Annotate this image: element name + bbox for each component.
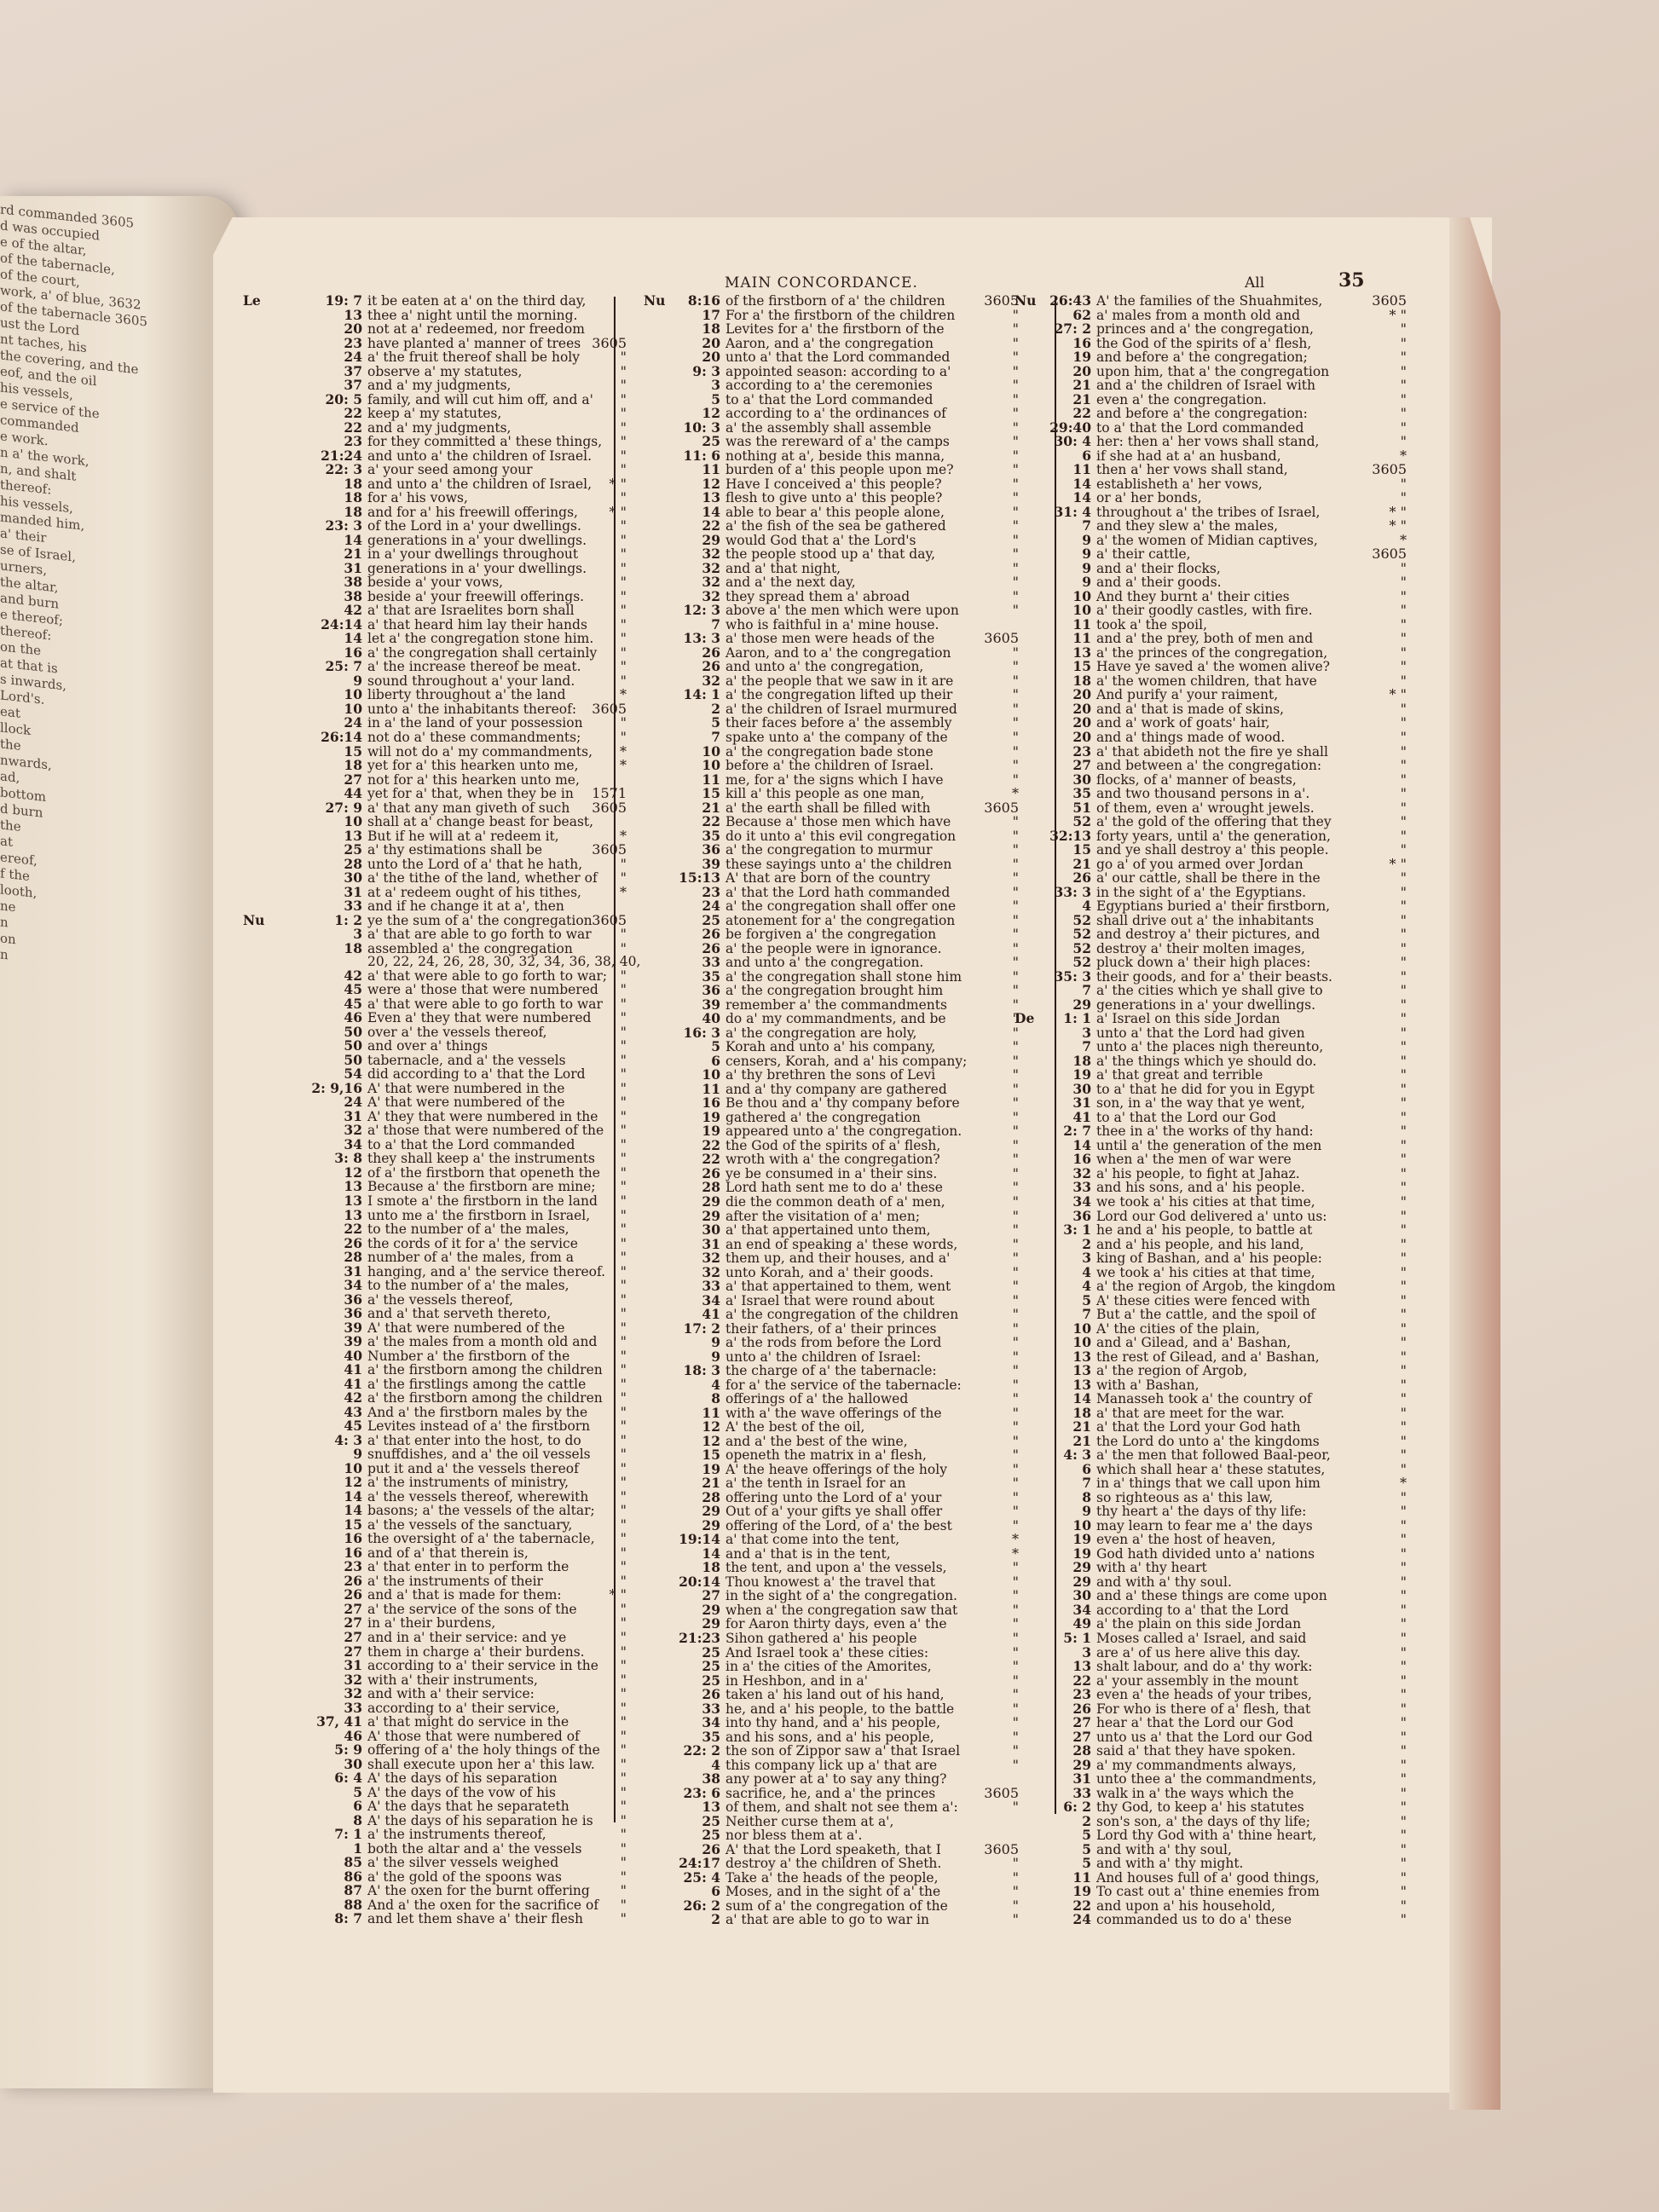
context-text: a' that abideth not the fire ye shall xyxy=(1096,744,1328,759)
verse-reference: 1 xyxy=(303,1842,367,1856)
strongs-number: " xyxy=(1401,871,1407,885)
context-text: in a' their burdens, xyxy=(367,1615,495,1631)
verse-reference: 2 xyxy=(661,1913,725,1926)
verse-reference: 45 xyxy=(303,1419,367,1433)
context-text: Because a' the firstborn are mine; xyxy=(367,1179,596,1194)
strongs-number: " xyxy=(1401,1603,1407,1617)
verse-reference: 31 xyxy=(303,886,367,899)
context-text: and a' their goods. xyxy=(1096,575,1222,590)
context-text: this company lick up a' that are xyxy=(725,1758,937,1773)
strongs-number: " xyxy=(621,1504,627,1517)
verse-reference: 86 xyxy=(303,1870,367,1884)
strongs-number: " xyxy=(621,1209,627,1222)
strongs-number: " xyxy=(1401,575,1407,589)
verse-reference: 30 xyxy=(303,1758,367,1771)
context-text: appeared unto a' the congregation. xyxy=(725,1123,962,1139)
verse-reference: 20 xyxy=(1032,702,1096,716)
strongs-number: " xyxy=(1401,1238,1407,1251)
context-text: a' the increase thereof be meat. xyxy=(367,659,581,674)
verse-reference: 42 xyxy=(303,604,367,617)
strongs-number: " xyxy=(1013,1167,1019,1181)
strongs-number: " xyxy=(1401,1533,1407,1546)
strongs-number: " xyxy=(621,942,627,956)
verse-reference: 26 xyxy=(303,1237,367,1250)
verse-reference: 19 xyxy=(661,1111,725,1124)
page-edge xyxy=(1449,217,1500,2110)
strongs-number: " xyxy=(621,927,627,941)
context-text: the charge of a' the tabernacle: xyxy=(725,1363,937,1378)
verse-reference: 42 xyxy=(303,1391,367,1405)
strongs-number: " xyxy=(1013,435,1019,448)
verse-reference: 45 xyxy=(303,983,367,996)
verse-reference: 15 xyxy=(1032,660,1096,673)
strongs-number: " xyxy=(621,1406,627,1419)
strongs-number: " xyxy=(1401,1181,1407,1194)
context-text: and a' that serveth thereto, xyxy=(367,1306,551,1321)
verse-reference: 26 xyxy=(1032,871,1096,885)
context-text: A' that were numbered of the xyxy=(367,1094,565,1110)
strongs-number: " xyxy=(1401,1210,1407,1223)
strongs-number: 1571 xyxy=(592,787,627,800)
context-text: a' those men were heads of the xyxy=(725,631,934,646)
verse-reference: 33 xyxy=(1032,1787,1096,1800)
strongs-number: " xyxy=(1013,1913,1019,1926)
verse-reference: 13 xyxy=(661,491,725,505)
strongs-number: " xyxy=(621,1025,627,1039)
context-text: and a' his people, and his land, xyxy=(1096,1237,1304,1252)
context-text: said a' that they have spoken. xyxy=(1096,1743,1296,1759)
context-text: offerings of a' the hallowed xyxy=(725,1391,908,1406)
context-text: observe a' my statutes, xyxy=(367,364,522,379)
context-text: a' the firstlings among the cattle xyxy=(367,1377,586,1392)
strongs-number: " xyxy=(621,1490,627,1504)
strongs-number: " xyxy=(1401,745,1407,759)
verse-reference: 36 xyxy=(661,843,725,857)
strongs-number: " xyxy=(1401,1448,1407,1462)
verse-reference: 32 xyxy=(303,1673,367,1687)
verse-reference: 33 xyxy=(1032,1181,1096,1194)
strongs-number: " xyxy=(1013,646,1019,660)
verse-reference: 25 xyxy=(661,435,725,448)
context-text: and ye shall destroy a' this people. xyxy=(1096,842,1329,858)
context-text: a' thy estimations shall be xyxy=(367,842,542,858)
context-text: nothing at a', beside this manna, xyxy=(725,448,945,464)
context-text: a' your assembly in the mount xyxy=(1096,1673,1298,1689)
verse-reference: 39 xyxy=(661,858,725,871)
strongs-number: " xyxy=(1013,1660,1019,1673)
context-text: A' the families of the Shuahmites, xyxy=(1096,293,1322,309)
strongs-number: " xyxy=(621,590,627,604)
strongs-number: * xyxy=(1012,1547,1019,1561)
verse-reference: 28 xyxy=(661,1181,725,1194)
verse-reference: 24:14 xyxy=(303,618,367,632)
verse-reference: 40 xyxy=(303,1349,367,1363)
verse-reference: 10 xyxy=(1032,1336,1096,1349)
verse-reference: 34 xyxy=(303,1279,367,1292)
verse-reference: 22 xyxy=(1032,407,1096,420)
context-text: a' males from a month old and xyxy=(1096,308,1300,323)
context-text: a' that might do service in the xyxy=(367,1714,569,1730)
verse-reference: 5 xyxy=(1032,1294,1096,1308)
strongs-number: " xyxy=(621,365,627,378)
context-text: the cords of it for a' the service xyxy=(367,1236,578,1251)
context-text: and if he change it at a', then xyxy=(367,898,564,914)
strongs-number: " xyxy=(621,1279,627,1292)
strongs-number: " xyxy=(1401,1336,1407,1349)
verse-reference: 5 xyxy=(1032,1843,1096,1857)
context-text: for Aaron thirty days, even a' the xyxy=(725,1616,947,1632)
strongs-number: " xyxy=(1401,1547,1407,1561)
verse-reference: 13 xyxy=(303,1194,367,1208)
strongs-number: " xyxy=(1013,1603,1019,1617)
verse-reference: 2 xyxy=(1032,1238,1096,1251)
context-text: me, for a' the signs which I have xyxy=(725,772,944,788)
context-text: and over a' things xyxy=(367,1038,488,1054)
strongs-number: " xyxy=(1401,1632,1407,1645)
verse-reference: 22 xyxy=(303,407,367,420)
verse-reference: 37 xyxy=(303,378,367,392)
strongs-number: " xyxy=(1013,773,1019,787)
context-text: liberty throughout a' the land xyxy=(367,687,566,702)
context-text: according to a' their service, xyxy=(367,1701,560,1716)
context-text: Moses, and in the sight of a' the xyxy=(725,1884,940,1899)
strongs-number: " xyxy=(1401,899,1407,913)
context-text: nor bless them at a'. xyxy=(725,1828,862,1843)
verse-reference: 27: 2 xyxy=(1032,322,1096,336)
context-text: appointed season: according to a' xyxy=(725,364,951,379)
strongs-number: " xyxy=(621,858,627,871)
context-text: or a' her bonds, xyxy=(1096,490,1202,505)
verse-reference: 88 xyxy=(303,1898,367,1912)
context-text: a' that are Israelites born shall xyxy=(367,603,575,618)
context-text: do a' my commandments, and be xyxy=(725,1011,946,1026)
verse-reference: 8: 7 xyxy=(303,1912,367,1926)
strongs-number: " xyxy=(621,1828,627,1841)
context-text: a' that appertained to them, went xyxy=(725,1279,951,1294)
strongs-number: " xyxy=(1013,365,1019,378)
strongs-number: " xyxy=(1401,1646,1407,1660)
strongs-number: " xyxy=(621,449,627,463)
context-text: and before a' the congregation: xyxy=(1096,406,1308,421)
verse-reference: 37, 41 xyxy=(303,1715,367,1729)
context-text: and a' the children of Israel with xyxy=(1096,378,1315,393)
context-text: A' these cities were fenced with xyxy=(1096,1293,1310,1308)
strongs-number: " xyxy=(1401,1913,1407,1926)
context-text: openeth the matrix in a' flesh, xyxy=(725,1447,927,1463)
verse-reference: 29 xyxy=(661,1505,725,1518)
strongs-number: " xyxy=(1401,1040,1407,1054)
context-text: of them, even a' wrought jewels. xyxy=(1096,800,1315,816)
context-text: the tent, and upon a' the vessels, xyxy=(725,1560,947,1575)
context-text: in Heshbon, and in a' xyxy=(725,1673,868,1689)
context-text: atonement for a' the congregation xyxy=(725,913,955,928)
verse-reference: 49 xyxy=(1032,1617,1096,1631)
strongs-number: * " xyxy=(1390,688,1407,702)
strongs-number: 3605 xyxy=(592,702,627,716)
context-text: a' the plain on this side Jordan xyxy=(1096,1616,1301,1632)
strongs-number: " xyxy=(1401,984,1407,997)
strongs-number: " xyxy=(621,997,627,1011)
strongs-number: " xyxy=(1013,590,1019,604)
verse-reference: 24 xyxy=(303,350,367,364)
strongs-number: " xyxy=(1013,1871,1019,1885)
context-text: a' the cities which ye shall give to xyxy=(1096,983,1323,998)
verse-reference: 20 xyxy=(661,350,725,364)
verse-reference: 23: 6 xyxy=(661,1787,725,1800)
context-text: and unto a' the children of Israel, xyxy=(367,476,592,492)
verse-reference: 35 xyxy=(661,1730,725,1744)
strongs-number: " xyxy=(621,1166,627,1180)
strongs-number: " xyxy=(1013,745,1019,759)
strongs-number: " xyxy=(1013,1083,1019,1096)
context-text: a' the tithe of the land, whether of xyxy=(367,870,598,886)
page-number: 35 xyxy=(1338,269,1365,292)
strongs-number: " xyxy=(1401,1406,1407,1420)
context-text: And purify a' your raiment, xyxy=(1096,687,1278,702)
verse-reference: 14 xyxy=(661,505,725,519)
context-text: Levites for a' the firstborn of the xyxy=(725,321,945,337)
strongs-number: " xyxy=(621,1518,627,1532)
context-text: a' the firstborn among the children xyxy=(367,1362,603,1377)
verse-reference: 33 xyxy=(303,899,367,913)
context-text: them up, and their houses, and a' xyxy=(725,1250,950,1266)
context-text: with a' Bashan, xyxy=(1096,1377,1199,1393)
verse-reference: 22 xyxy=(1032,1899,1096,1913)
context-text: a' their cattle, xyxy=(1096,546,1191,562)
strongs-number: * " xyxy=(1390,309,1407,322)
context-text: a' the region of Argob, xyxy=(1096,1363,1247,1378)
context-text: unto a' that the Lord commanded xyxy=(725,349,950,365)
strongs-number: " xyxy=(1401,1167,1407,1181)
verse-reference: 18: 3 xyxy=(661,1364,725,1377)
context-text: a' that the Lord hath commanded xyxy=(725,885,950,900)
strongs-number: " xyxy=(1013,731,1019,744)
strongs-number: " xyxy=(1013,1476,1019,1490)
strongs-number: " xyxy=(621,1335,627,1349)
context-text: a' our cattle, shall be there in the xyxy=(1096,870,1321,886)
verse-reference: 24 xyxy=(303,1095,367,1109)
verse-reference: 23 xyxy=(303,435,367,448)
concordance-entry: 7: 1a' the instruments thereof," xyxy=(303,1828,627,1842)
verse-reference: 10 xyxy=(661,1068,725,1082)
verse-reference: 10 xyxy=(1032,1519,1096,1533)
context-text: any power at a' to say any thing? xyxy=(725,1771,946,1787)
strongs-number: " xyxy=(1013,309,1019,322)
verse-reference: 52 xyxy=(1032,927,1096,941)
verse-reference: 6 xyxy=(1032,1463,1096,1476)
strongs-number: " xyxy=(621,1786,627,1799)
verse-reference: 23 xyxy=(661,886,725,899)
strongs-number: " xyxy=(1401,1871,1407,1885)
verse-reference: 52 xyxy=(1032,815,1096,829)
context-text: if she had at a' an husband, xyxy=(1096,448,1281,464)
strongs-number: " xyxy=(621,1067,627,1081)
strongs-number: " xyxy=(1401,477,1407,491)
verse-reference: 32 xyxy=(661,575,725,589)
context-text: according to a' the ceremonies xyxy=(725,378,933,393)
strongs-number: " xyxy=(1401,1392,1407,1406)
context-text: when a' the men of war were xyxy=(1096,1152,1292,1167)
verse-reference: 29 xyxy=(661,1195,725,1209)
verse-reference: 46 xyxy=(303,1730,367,1743)
context-text: a' that great and terrible xyxy=(1096,1067,1263,1083)
context-text: family, and will cut him off, and a' xyxy=(367,392,593,407)
strongs-number: * xyxy=(620,886,627,899)
strongs-number: " xyxy=(1013,759,1019,772)
strongs-number: " xyxy=(1013,660,1019,673)
verse-reference: 32 xyxy=(1032,1167,1096,1181)
verse-reference: 26 xyxy=(661,660,725,673)
verse-reference: 19 xyxy=(1032,1533,1096,1546)
strongs-number: " xyxy=(1401,393,1407,407)
verse-reference: 31 xyxy=(661,1238,725,1251)
verse-reference: 7 xyxy=(1032,1040,1096,1054)
verse-reference: 5 xyxy=(303,1786,367,1799)
strongs-number: * xyxy=(1400,449,1407,463)
strongs-number: * xyxy=(620,688,627,702)
strongs-number: * " xyxy=(610,1588,627,1602)
verse-reference: 11 xyxy=(1032,632,1096,645)
strongs-number: " xyxy=(1013,519,1019,533)
context-text: to the number of a' the males, xyxy=(367,1278,569,1293)
verse-reference: 24:17 xyxy=(661,1857,725,1870)
context-text: a' that appertained unto them, xyxy=(725,1222,931,1238)
strongs-number: 3605 xyxy=(984,801,1019,815)
strongs-number: " xyxy=(1401,1350,1407,1364)
context-text: a' your seed among your xyxy=(367,462,533,477)
context-text: And Israel took a' these cities: xyxy=(725,1645,928,1660)
strongs-number: " xyxy=(1013,1392,1019,1406)
verse-reference: 27: 9 xyxy=(303,801,367,815)
context-text: upon him, that a' the congregation xyxy=(1096,364,1329,379)
strongs-number: " xyxy=(621,1884,627,1897)
strongs-number: " xyxy=(1401,365,1407,378)
strongs-number: " xyxy=(1401,1096,1407,1110)
context-text: will not do a' my commandments, xyxy=(367,744,592,759)
context-text: above a' the men which were upon xyxy=(725,603,959,618)
verse-reference: 4 xyxy=(1032,899,1096,913)
verse-reference: 32 xyxy=(661,1266,725,1279)
verse-reference: 17: 2 xyxy=(661,1322,725,1336)
context-text: Because a' those men which have xyxy=(725,814,951,829)
verse-reference: 20 xyxy=(1032,365,1096,378)
verse-reference: 41 xyxy=(303,1363,367,1377)
context-text: a' the instruments thereof, xyxy=(367,1827,546,1842)
strongs-number: " xyxy=(1401,1617,1407,1631)
context-text: a' the tenth in Israel for an xyxy=(725,1476,906,1491)
verse-reference: 29 xyxy=(661,1617,725,1631)
verse-reference: 21 xyxy=(303,547,367,561)
context-text: spake unto a' the company of the xyxy=(725,730,948,745)
verse-reference: 30 xyxy=(661,1223,725,1237)
strongs-number: " xyxy=(1013,1674,1019,1688)
verse-reference: 7 xyxy=(1032,1476,1096,1490)
context-text: and a' the prey, both of men and xyxy=(1096,631,1313,646)
verse-reference: 12 xyxy=(661,477,725,491)
verse-reference: 1: 1 xyxy=(1032,1012,1096,1025)
strongs-number: " xyxy=(1401,801,1407,815)
verse-reference: 45 xyxy=(303,997,367,1011)
strongs-number: " xyxy=(1401,491,1407,505)
concordance-entry: 8: 7and let them shave a' their flesh" xyxy=(303,1912,627,1926)
strongs-number: " xyxy=(1013,421,1019,435)
context-text: with a' their instruments, xyxy=(367,1672,538,1688)
context-text: burden of a' this people upon me? xyxy=(725,462,954,477)
strongs-number: " xyxy=(621,1842,627,1856)
left-page-fragment: rd commanded 3605d was occupiede of the … xyxy=(0,196,239,2088)
strongs-number: " xyxy=(1401,998,1407,1012)
context-text: these sayings unto a' the children xyxy=(725,857,951,872)
verse-reference: 11 xyxy=(661,773,725,787)
verse-reference: 29 xyxy=(661,1519,725,1533)
strongs-number: " xyxy=(1401,759,1407,772)
context-text: A' the days of his separation he is xyxy=(367,1813,593,1828)
strongs-number: " xyxy=(621,1631,627,1644)
context-text: offering of a' the holy things of the xyxy=(367,1742,600,1758)
context-text: son's son, a' the days of thy life; xyxy=(1096,1814,1310,1829)
strongs-number: " xyxy=(1401,1772,1407,1786)
strongs-number: " xyxy=(1013,491,1019,505)
verse-reference: 52 xyxy=(1032,956,1096,969)
verse-reference: 20 xyxy=(1032,731,1096,744)
context-text: and his sons, and a' his people, xyxy=(725,1730,934,1745)
strongs-number: " xyxy=(621,1799,627,1813)
strongs-number: " xyxy=(621,534,627,547)
context-text: unto Korah, and a' their goods. xyxy=(725,1265,934,1280)
verse-reference: 9 xyxy=(303,674,367,688)
context-text: a' the congregation of the children xyxy=(725,1307,958,1322)
verse-reference: 22 xyxy=(1032,1674,1096,1688)
verse-reference: 25 xyxy=(303,843,367,857)
strongs-number: " xyxy=(621,1391,627,1405)
context-text: a' that are able to go forth to war xyxy=(367,927,592,942)
verse-reference: 37 xyxy=(303,365,367,378)
verse-reference: 35 xyxy=(1032,787,1096,800)
strongs-number: " xyxy=(1013,1716,1019,1730)
context-text: an end of speaking a' these words, xyxy=(725,1237,957,1252)
verse-reference: 24 xyxy=(1032,1913,1096,1926)
concordance-entry: 6: 4A' the days of his separation" xyxy=(303,1771,627,1786)
context-text: A' the best of the oil, xyxy=(725,1419,864,1435)
context-text: A' the days of the vow of his xyxy=(367,1785,556,1800)
strongs-number: " xyxy=(1401,1857,1407,1870)
strongs-number: " xyxy=(1401,590,1407,604)
context-text: A' that were numbered of the xyxy=(367,1320,565,1336)
strongs-number: " xyxy=(1013,1040,1019,1054)
verse-reference: 33 xyxy=(661,1702,725,1716)
verse-reference: 31 xyxy=(303,1110,367,1123)
strongs-number: " xyxy=(1401,674,1407,688)
context-text: a' the men that followed Baal-peor, xyxy=(1096,1447,1331,1463)
verse-reference: 21 xyxy=(1032,393,1096,407)
strongs-number: " xyxy=(1013,815,1019,829)
strongs-number: " xyxy=(1013,871,1019,885)
verse-reference: 18 xyxy=(1032,1406,1096,1420)
strongs-number: " xyxy=(1401,337,1407,350)
strongs-number: " xyxy=(1013,1744,1019,1758)
strongs-number: " xyxy=(1013,378,1019,392)
strongs-number: " xyxy=(621,1265,627,1279)
context-text: thy God, to keep a' his statutes xyxy=(1096,1799,1304,1815)
concordance-entry: 5A' the days of the vow of his" xyxy=(303,1786,627,1800)
verse-reference: 8 xyxy=(1032,1491,1096,1505)
strongs-number: " xyxy=(621,1194,627,1208)
verse-reference: 34 xyxy=(303,1138,367,1152)
verse-reference: 18 xyxy=(661,1561,725,1574)
verse-reference: 11 xyxy=(661,1406,725,1420)
context-text: Lord hath sent me to do a' these xyxy=(725,1180,943,1195)
strongs-number: " xyxy=(1013,393,1019,407)
